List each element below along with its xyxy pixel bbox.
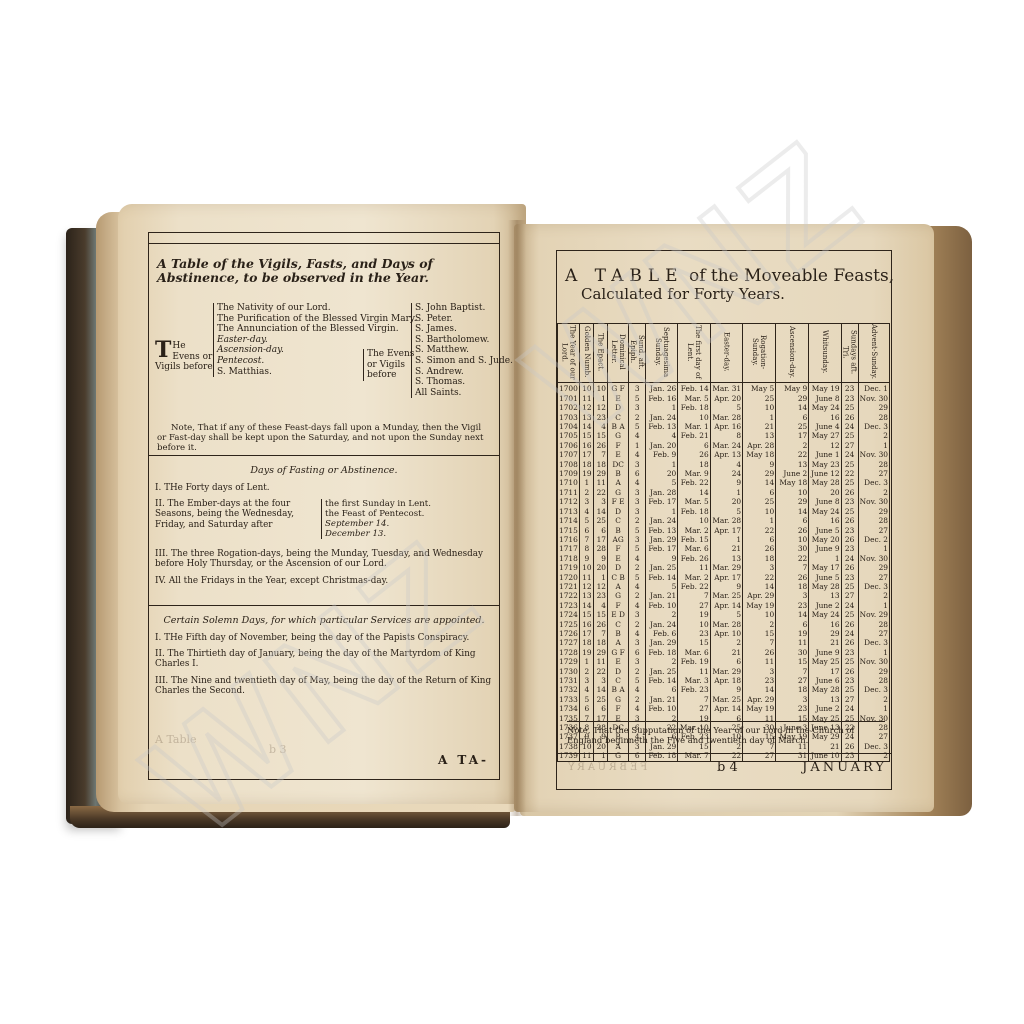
table-cell: 1722 <box>558 591 580 600</box>
table-row: 17061626F1Jan. 206Mar. 24Apr. 28212271 <box>558 441 890 450</box>
table-cell: 26 <box>841 488 858 497</box>
table-cell: 19 <box>678 610 710 619</box>
table-cell: C <box>608 413 629 422</box>
table-cell: 19 <box>580 648 594 657</box>
table-cell: 29 <box>858 667 889 676</box>
list-item: Ascension-day. <box>217 345 367 356</box>
table-cell: 26 <box>841 413 858 422</box>
table-cell: 23 <box>594 591 608 600</box>
table-cell: 9 <box>646 554 678 563</box>
table-cell: 13 <box>580 591 594 600</box>
table-cell: 1 <box>710 488 742 497</box>
table-cell: May 24 <box>809 403 841 412</box>
table-row: 1733525G2Jan. 217Mar. 25Apr. 29313272 <box>558 695 890 704</box>
table-cell: Jan. 25 <box>646 667 678 676</box>
table-cell: 22 <box>776 450 809 459</box>
table-cell: 17 <box>809 667 841 676</box>
table-cell: Feb. 14 <box>646 676 678 685</box>
table-cell: 28 <box>858 676 889 685</box>
table-cell: 5 <box>629 544 646 553</box>
table-cell: 29 <box>776 394 809 403</box>
table-cell: May 24 <box>809 610 841 619</box>
list-item: the first Sunday in Lent. <box>325 499 431 509</box>
table-cell: 23 <box>678 629 710 638</box>
table-cell: 1711 <box>558 488 580 497</box>
table-cell: 27 <box>678 601 710 610</box>
header-label: The first day of Lent. <box>686 324 702 380</box>
table-cell: May 19 <box>743 601 776 610</box>
table-cell: 16 <box>809 620 841 629</box>
item-number: III. <box>155 676 168 686</box>
table-cell: C <box>608 516 629 525</box>
table-cell: 1 <box>710 535 742 544</box>
item-number: III. <box>155 549 168 559</box>
table-cell: 26 <box>594 620 608 629</box>
table-body: 17001010G F3Jan. 26Feb. 14Mar. 31May 5Ma… <box>558 383 890 761</box>
table-cell: 19 <box>580 469 594 478</box>
table-cell: 25 <box>841 657 858 666</box>
table-cell: 11 <box>743 657 776 666</box>
table-cell: 4 <box>594 601 608 610</box>
table-cell: 4 <box>580 685 594 694</box>
table-cell: 7 <box>580 535 594 544</box>
table-cell: F <box>608 544 629 553</box>
table-cell: 25 <box>776 422 809 431</box>
table-cell: DC <box>608 460 629 469</box>
table-cell: Nov. 30 <box>858 450 889 459</box>
table-cell: 1 <box>858 544 889 553</box>
table-cell: Feb. 18 <box>678 507 710 516</box>
table-cell: 4 <box>646 431 678 440</box>
table-cell: 1 <box>743 413 776 422</box>
table-row: 1704144B A5Feb. 13Mar. 1Apr. 162125June … <box>558 422 890 431</box>
table-cell: June 5 <box>809 526 841 535</box>
table-row: 17191020D2Jan. 2511Mar. 2937May 172629 <box>558 563 890 572</box>
table-cell: 12 <box>809 441 841 450</box>
table-cell: 1724 <box>558 610 580 619</box>
signature-mark: b 4 <box>717 760 738 775</box>
table-cell: 3 <box>629 403 646 412</box>
column-header: The first day of Lent. <box>678 324 710 383</box>
table-cell: 1731 <box>558 676 580 685</box>
table-cell: G F <box>608 648 629 657</box>
table-cell: 6 <box>678 441 710 450</box>
table-cell: F <box>608 601 629 610</box>
table-cell: 29 <box>858 563 889 572</box>
list-item: The Annunciation of the Blessed Virgin. <box>217 324 367 335</box>
table-cell: 1733 <box>558 695 580 704</box>
table-cell: Mar. 1 <box>678 422 710 431</box>
table-cell: 29 <box>594 648 608 657</box>
table-cell: B A <box>608 685 629 694</box>
table-cell: 4 <box>580 507 594 516</box>
table-cell: 12 <box>594 403 608 412</box>
table-cell: 7 <box>678 695 710 704</box>
table-row: 1720111C B5Feb. 14Mar. 2Apr. 172226June … <box>558 573 890 582</box>
right-page-content: A TABLE of the Moveable Feasts, Calculat… <box>556 250 892 790</box>
table-cell: June 8 <box>809 497 841 506</box>
table-cell: 15 <box>743 629 776 638</box>
bleed-through-text: FEBRUARY <box>565 762 647 773</box>
table-cell: 1709 <box>558 469 580 478</box>
header-label: Easter-day. <box>722 332 730 371</box>
table-cell: 9 <box>580 554 594 563</box>
table-cell: 4 <box>629 704 646 713</box>
table-cell: 23 <box>841 526 858 535</box>
item-number: IV. <box>155 576 166 586</box>
book-photo: A Table of the Vigils, Fasts, and Days o… <box>0 0 1024 1024</box>
table-cell: 2 <box>858 431 889 440</box>
header-label: Sund. aft. Epiph. <box>629 324 645 380</box>
table-cell: 27 <box>858 526 889 535</box>
table-cell: 3 <box>629 383 646 394</box>
column-header: Septuagesima Sunday. <box>646 324 678 383</box>
table-cell: 25 <box>841 685 858 694</box>
column-header: The Epact. <box>594 324 608 383</box>
table-cell: 5 <box>646 478 678 487</box>
table-cell: 26 <box>841 620 858 629</box>
fasting-item: IV. All the Fridays in the Year, except … <box>155 576 495 586</box>
table-cell: 10 <box>678 516 710 525</box>
table-cell: 28 <box>858 460 889 469</box>
list-item: S. Matthew. <box>415 345 501 356</box>
list-item: S. James. <box>415 324 501 335</box>
table-row: 17281929G F6Feb. 18Mar. 6212630June 9231 <box>558 648 890 657</box>
table-cell: 3 <box>776 591 809 600</box>
table-cell: 2 <box>629 413 646 422</box>
table-cell: June 9 <box>809 544 841 553</box>
table-cell: 2 <box>858 591 889 600</box>
table-row: 17251626C2Jan. 2410Mar. 2826162628 <box>558 620 890 629</box>
table-cell: 29 <box>594 469 608 478</box>
table-cell: Apr. 16 <box>710 422 742 431</box>
table-cell: 11 <box>776 638 809 647</box>
table-cell: 1710 <box>558 478 580 487</box>
table-cell: 24 <box>841 601 858 610</box>
table-cell: 17 <box>580 450 594 459</box>
table-cell: 11 <box>594 478 608 487</box>
table-cell: 14 <box>776 610 809 619</box>
table-header-row: The Year of our Lord. Golden Numb. The E… <box>558 324 890 383</box>
table-cell: 2 <box>580 488 594 497</box>
table-cell: Mar. 29 <box>710 563 742 572</box>
table-cell: 3 <box>580 497 594 506</box>
table-cell: 1730 <box>558 667 580 676</box>
table-cell: 18 <box>776 582 809 591</box>
table-cell: June 2 <box>809 601 841 610</box>
table-row: 1717828F5Feb. 17Mar. 6212630June 9231 <box>558 544 890 553</box>
table-cell: 20 <box>594 563 608 572</box>
solemn-days-heading: Certain Solemn Days, for which particula… <box>149 615 499 626</box>
table-cell: 1728 <box>558 648 580 657</box>
table-cell: 20 <box>809 488 841 497</box>
vigils-table-title: A Table of the Vigils, Fasts, and Days o… <box>157 257 497 285</box>
table-cell: 9 <box>710 582 742 591</box>
vigils-middle-text: The Evens or Vigils before <box>363 349 415 381</box>
table-cell: 22 <box>743 573 776 582</box>
table-cell: 11 <box>594 657 608 666</box>
table-cell: Mar. 24 <box>710 441 742 450</box>
table-row: 1732414B A46Feb. 2391418May 2825Dec. 3 <box>558 685 890 694</box>
table-cell: F <box>608 441 629 450</box>
fasting-heading: Days of Fasting or Abstinence. <box>149 465 499 476</box>
item-text: The three Rogation-days, being the Munda… <box>155 549 483 569</box>
table-cell: Feb. 23 <box>678 685 710 694</box>
table-cell: 25 <box>841 582 858 591</box>
table-cell: 1712 <box>558 497 580 506</box>
table-cell: Mar. 29 <box>710 667 742 676</box>
table-cell: Mar. 25 <box>710 695 742 704</box>
table-cell: 26 <box>594 441 608 450</box>
column-header: Rogation-Sunday. <box>743 324 776 383</box>
table-cell: June 1 <box>809 450 841 459</box>
table-cell: 26 <box>743 544 776 553</box>
table-cell: 2 <box>629 591 646 600</box>
table-cell: 9 <box>594 554 608 563</box>
table-cell: 4 <box>629 582 646 591</box>
table-cell: 27 <box>841 695 858 704</box>
table-cell: 28 <box>858 413 889 422</box>
table-cell: June 2 <box>776 469 809 478</box>
table-cell: 30 <box>776 544 809 553</box>
table-cell: June 5 <box>809 573 841 582</box>
table-cell: D <box>608 667 629 676</box>
table-cell: 27 <box>858 573 889 582</box>
table-cell: Mar. 9 <box>678 469 710 478</box>
list-item: All Saints. <box>415 388 501 399</box>
table-cell: 22 <box>743 526 776 535</box>
section-rule <box>149 455 499 456</box>
table-row: 1723144F4Feb. 1027Apr. 14May 1923June 22… <box>558 601 890 610</box>
table-cell: F E <box>608 497 629 506</box>
table-cell: 21 <box>710 648 742 657</box>
table-cell: Feb. 19 <box>678 657 710 666</box>
table-cell: 30 <box>776 648 809 657</box>
table-cell: 12 <box>580 403 594 412</box>
table-cell: 12 <box>594 582 608 591</box>
table-cell: 9 <box>710 478 742 487</box>
table-cell: 1 <box>594 573 608 582</box>
table-cell: Feb. 10 <box>646 601 678 610</box>
table-cell: May 23 <box>809 460 841 469</box>
item-number: II. <box>155 649 165 659</box>
table-cell: 10 <box>776 488 809 497</box>
table-cell: 15 <box>678 638 710 647</box>
table-cell: Mar. 25 <box>710 591 742 600</box>
table-cell: D <box>608 507 629 516</box>
table-cell: G <box>608 591 629 600</box>
table-cell: 23 <box>776 704 809 713</box>
table-cell: 3 <box>580 676 594 685</box>
list-item: The Purification of the Blessed Virgin M… <box>217 314 367 325</box>
table-cell: G F <box>608 383 629 394</box>
table-cell: Feb. 15 <box>678 535 710 544</box>
table-cell: 18 <box>678 460 710 469</box>
table-cell: Feb. 17 <box>646 544 678 553</box>
table-cell: 18 <box>594 638 608 647</box>
list-item: September 14. <box>325 519 431 529</box>
item-text: THe Fifth day of November, being the day… <box>164 633 469 643</box>
table-cell: 1704 <box>558 422 580 431</box>
table-cell: 14 <box>743 478 776 487</box>
table-row: 173133C5Feb. 14Mar. 3Apr. 182327June 623… <box>558 676 890 685</box>
table-cell: Mar. 2 <box>678 573 710 582</box>
table-cell: 15 <box>594 431 608 440</box>
table-cell: G <box>608 695 629 704</box>
table-cell: May 28 <box>809 478 841 487</box>
table-cell: Mar. 3 <box>678 676 710 685</box>
table-cell: 15 <box>580 610 594 619</box>
table-cell: 24 <box>841 704 858 713</box>
list-item: S. Simon and S. Jude. <box>415 356 501 367</box>
table-cell: Nov. 30 <box>858 657 889 666</box>
table-row: 1716717AG3Jan. 29Feb. 151610May 2026Dec.… <box>558 535 890 544</box>
table-cell: 5 <box>629 526 646 535</box>
table-cell: 10 <box>743 403 776 412</box>
table-cell: May 25 <box>809 657 841 666</box>
list-item: December 13. <box>325 529 431 539</box>
table-cell: 11 <box>678 563 710 572</box>
table-row: 17031323C2Jan. 2410Mar. 2816162628 <box>558 413 890 422</box>
table-cell: 14 <box>776 403 809 412</box>
table-cell: 4 <box>629 601 646 610</box>
table-cell: Apr. 10 <box>710 629 742 638</box>
table-cell: 21 <box>743 422 776 431</box>
table-cell: May 9 <box>776 383 809 394</box>
table-cell: June 2 <box>809 704 841 713</box>
table-cell: 5 <box>710 610 742 619</box>
table-cell: 6 <box>776 620 809 629</box>
table-cell: G <box>608 488 629 497</box>
table-row: 17001010G F3Jan. 26Feb. 14Mar. 31May 5Ma… <box>558 383 890 394</box>
table-cell: 9 <box>743 460 776 469</box>
table-cell: 1714 <box>558 516 580 525</box>
table-cell: June 4 <box>809 422 841 431</box>
header-label: The Epact. <box>597 333 605 371</box>
table-row: 17271818A3Jan. 291527112126Dec. 3 <box>558 638 890 647</box>
vigils-section: T He Evens or Vigils before The Nativity… <box>155 303 495 433</box>
table-cell: 18 <box>580 460 594 469</box>
list-item: S. Thomas. <box>415 377 501 388</box>
solemn-item: III. The Nine and twentieth day of May, … <box>155 676 495 696</box>
table-cell: Mar. 28 <box>710 620 742 629</box>
column-header: Easter-day. <box>710 324 742 383</box>
list-item: S. Andrew. <box>415 367 501 378</box>
table-cell: 23 <box>841 573 858 582</box>
table-cell: 3 <box>629 657 646 666</box>
table-cell: Jan. 21 <box>646 695 678 704</box>
table-cell: Mar. 28 <box>710 516 742 525</box>
table-cell: 1 <box>594 394 608 403</box>
table-cell: B <box>608 526 629 535</box>
table-cell: 2 <box>629 667 646 676</box>
table-cell: May 24 <box>809 507 841 516</box>
table-cell: C B <box>608 573 629 582</box>
table-cell: 1720 <box>558 573 580 582</box>
table-cell: 1 <box>646 507 678 516</box>
table-cell: 5 <box>580 695 594 704</box>
top-rule <box>149 243 499 244</box>
table-cell: 5 <box>629 422 646 431</box>
table-cell: E D <box>608 610 629 619</box>
table-row: 17091929B620Mar. 92429June 2June 122227 <box>558 469 890 478</box>
table-cell: 1716 <box>558 535 580 544</box>
fasting-item: I. THe Forty days of Lent. <box>155 483 495 493</box>
list-item: Easter-day. <box>217 335 367 346</box>
header-label: Golden Numb. <box>583 326 591 377</box>
header-label: Advent-Sunday. <box>870 324 878 379</box>
solemn-item: I. THe Fifth day of November, being the … <box>155 633 495 643</box>
table-cell: 27 <box>841 591 858 600</box>
table-cell: 23 <box>841 383 858 394</box>
header-label: Ascension-day. <box>788 326 796 378</box>
table-cell: 1721 <box>558 582 580 591</box>
table-cell: Mar. 5 <box>678 394 710 403</box>
table-row: 17081818DC31184913May 232528 <box>558 460 890 469</box>
table-cell: 21 <box>809 638 841 647</box>
table-cell: 11 <box>678 667 710 676</box>
vigils-feast-list-1: The Nativity of our Lord. The Purificati… <box>213 303 367 377</box>
table-cell: 6 <box>594 704 608 713</box>
table-cell: 1717 <box>558 544 580 553</box>
table-cell: 3 <box>594 497 608 506</box>
table-cell: 24 <box>710 469 742 478</box>
table-cell: 22 <box>594 667 608 676</box>
table-row: 17021212D31Feb. 1851014May 242529 <box>558 403 890 412</box>
table-cell: 1702 <box>558 403 580 412</box>
table-row: 1707177E4Feb. 926Apr. 13May 1822June 124… <box>558 450 890 459</box>
solemn-days-list: I. THe Fifth day of November, being the … <box>155 633 495 702</box>
table-cell: 27 <box>678 704 710 713</box>
table-cell: 28 <box>858 516 889 525</box>
table-cell: 6 <box>629 648 646 657</box>
table-row: 17051515G44Feb. 2181317May 27252 <box>558 431 890 440</box>
table-cell: 13 <box>743 431 776 440</box>
table-row: 173466F4Feb. 1027Apr. 14May 1923June 224… <box>558 704 890 713</box>
table-cell: Jan. 26 <box>646 383 678 394</box>
table-row: 1711222G3Jan. 2814161020262 <box>558 488 890 497</box>
list-item: S. John Baptist. <box>415 303 501 314</box>
table-row: 1701111E5Feb. 16Mar. 5Apr. 202529June 82… <box>558 394 890 403</box>
table-cell: 14 <box>678 488 710 497</box>
list-item: The Nativity of our Lord. <box>217 303 367 314</box>
table-cell: A <box>608 478 629 487</box>
table-cell: 1701 <box>558 394 580 403</box>
column-header: Golden Numb. <box>580 324 594 383</box>
table-cell: 3 <box>629 638 646 647</box>
table-cell: 5 <box>646 582 678 591</box>
table-cell: Feb. 22 <box>678 478 710 487</box>
table-cell: 14 <box>580 601 594 610</box>
table-cell: 26 <box>841 638 858 647</box>
table-cell: May 20 <box>809 535 841 544</box>
table-cell: E <box>608 554 629 563</box>
column-header: Sundays aft. Tri. <box>841 324 858 383</box>
table-cell: 2 <box>858 488 889 497</box>
table-cell: 23 <box>776 601 809 610</box>
table-cell: Apr. 17 <box>710 526 742 535</box>
table-cell: 10 <box>743 507 776 516</box>
title-rest: of the Moveable Feasts, <box>689 266 894 286</box>
table-row: 171566B5Feb. 13Mar. 2Apr. 172226June 523… <box>558 526 890 535</box>
table-cell: 6 <box>776 516 809 525</box>
table-cell: 24 <box>841 629 858 638</box>
table-cell: 11 <box>580 394 594 403</box>
table-cell: 26 <box>678 450 710 459</box>
column-header: Whitsunday. <box>809 324 841 383</box>
table-cell: Dec. 3 <box>858 478 889 487</box>
table-cell: 10 <box>580 563 594 572</box>
